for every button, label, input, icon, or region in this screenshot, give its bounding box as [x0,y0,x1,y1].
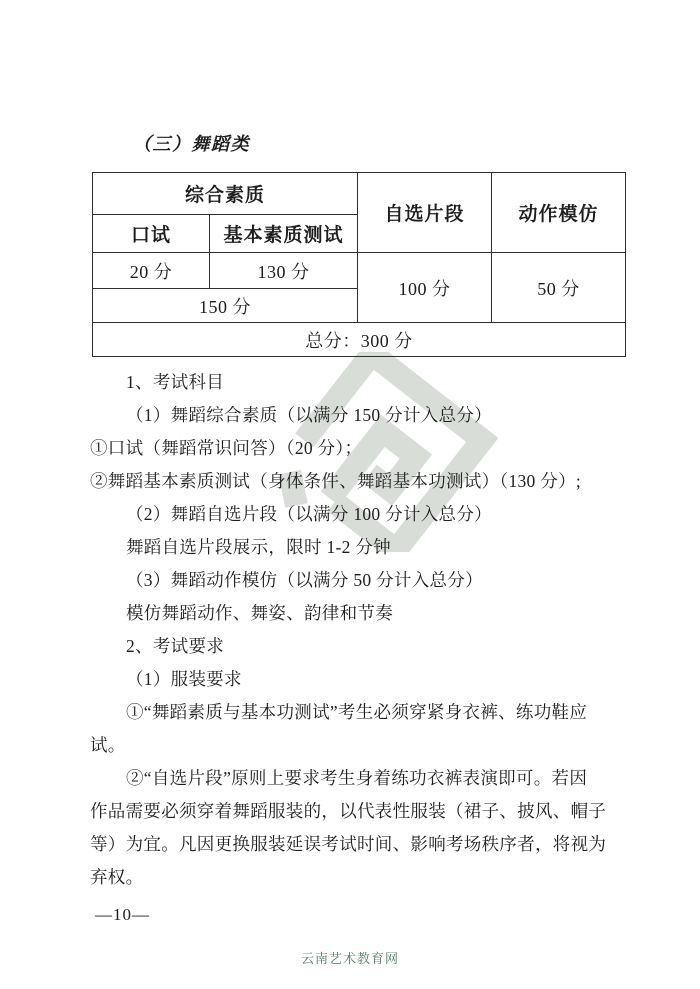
cell-basic-score: 130 分 [210,253,358,289]
document-page: （三）舞蹈类 综合素质 自选片段 动作模仿 口试 基本素质测试 20 分 130… [0,0,700,989]
body-line: 2、考试要求 [90,630,624,663]
body-line: （1）舞蹈综合素质（以满分 150 分计入总分） [90,399,624,432]
body-line: （2）舞蹈自选片段（以满分 100 分计入总分） [90,498,624,531]
cell-total-score: 总分：300 分 [93,323,626,357]
footer-site-name: 云南艺术教育网 [0,948,700,967]
cell-oral-test: 口试 [93,215,210,253]
cell-combined-score: 150 分 [93,289,358,323]
cell-comprehensive-quality: 综合素质 [93,173,358,215]
body-line: 弃权。 [90,861,624,894]
cell-oral-score: 20 分 [93,253,210,289]
body-line: ①口试（舞蹈常识问答）（20 分）； [90,432,624,465]
cell-action-imitation: 动作模仿 [492,173,626,253]
body-line: ②舞蹈基本素质测试（身体条件、舞蹈基本功测试）（130 分）; [90,465,624,498]
body-line: （1）服装要求 [90,663,624,696]
body-line: ①“舞蹈素质与基本功测试”考生必须穿紧身衣裤、练功鞋应 [90,696,624,729]
body-line: ②“自选片段”原则上要求考生身着练功衣裤表演即可。若因 [90,762,624,795]
body-line: （3）舞蹈动作模仿（以满分 50 分计入总分） [90,564,624,597]
cell-imitation-score: 50 分 [492,253,626,323]
body-line: 1、考试科目 [90,366,624,399]
body-line: 作品需要必须穿着舞蹈服装的，以代表性服装（裙子、披风、帽子 [90,795,624,828]
body-line: 等）为宜。凡因更换服装延误考试时间、影响考场秩序者，将视为 [90,828,624,861]
body-line: 舞蹈自选片段展示，限时 1-2 分钟 [90,531,624,564]
score-table: 综合素质 自选片段 动作模仿 口试 基本素质测试 20 分 130 分 100 … [92,172,626,357]
cell-basic-quality-test: 基本素质测试 [210,215,358,253]
section-title: （三）舞蹈类 [133,130,250,156]
body-line: 试。 [90,729,624,762]
body-text: 1、考试科目（1）舞蹈综合素质（以满分 150 分计入总分）①口试（舞蹈常识问答… [90,366,624,894]
body-line: 模仿舞蹈动作、舞姿、韵律和节奏 [90,597,624,630]
cell-selected-fragment: 自选片段 [358,173,492,253]
page-number: —10— [95,905,150,925]
cell-fragment-score: 100 分 [358,253,492,323]
